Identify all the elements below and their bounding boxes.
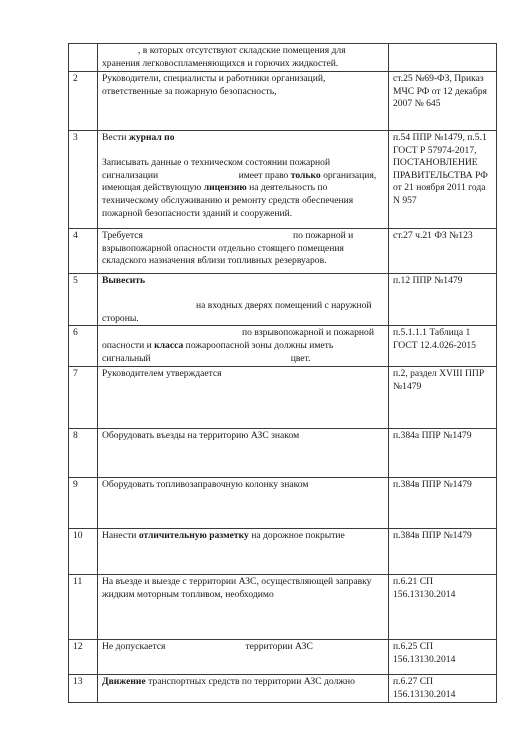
bold-text: только xyxy=(291,170,321,181)
legal-reference: п.6.27 СП 156.13130.2014 xyxy=(389,675,497,702)
bold-text: класса xyxy=(154,340,183,351)
text: имеет право xyxy=(239,170,291,181)
table-row: 7Руководителем утверждаетсяп.2, раздел X… xyxy=(69,367,497,429)
text: Оборудовать топливозаправочную колонку з… xyxy=(102,479,308,490)
row-number: 11 xyxy=(69,575,98,640)
legal-reference: п.384в ППР №1479 xyxy=(389,529,497,575)
row-number xyxy=(69,44,98,72)
legal-reference: п.384а ППР №1479 xyxy=(389,429,497,478)
legal-reference: ст.25 №69-ФЗ, Приказ МЧС РФ от 12 декабр… xyxy=(389,72,497,131)
text: территории АЗС xyxy=(245,641,312,652)
text: Нанести xyxy=(102,530,139,541)
table-row: 5Вывеситьна входных дверях помещений с н… xyxy=(69,274,497,326)
table-row: 9Оборудовать топливозаправочную колонку … xyxy=(69,478,497,529)
requirement-text: Не допускаетсятерритории АЗС xyxy=(98,640,389,675)
row-number: 7 xyxy=(69,367,98,429)
requirements-table: , в которых отсутствуют складские помеще… xyxy=(68,43,497,703)
requirement-text: Оборудовать въезды на территорию АЗС зна… xyxy=(98,429,389,478)
requirement-text: На въезде и выезде с территории АЗС, осу… xyxy=(98,575,389,640)
text: на дорожное покрытие xyxy=(249,530,345,541)
legal-reference: п.12 ППР №1479 xyxy=(389,274,497,326)
text: Руководители, специалисты и работники ор… xyxy=(102,73,325,97)
table-row: 4Требуетсяпо пожарной и взрывопожарной о… xyxy=(69,229,497,274)
text: На въезде и выезде с территории АЗС, осу… xyxy=(102,576,371,600)
row-number: 10 xyxy=(69,529,98,575)
text: Оборудовать въезды на территорию АЗС зна… xyxy=(102,430,299,441)
requirement-text: Оборудовать топливозаправочную колонку з… xyxy=(98,478,389,529)
table-row: 6по взрывопожарной и пожарной опасности … xyxy=(69,326,497,367)
requirement-text: Руководителем утверждается xyxy=(98,367,389,429)
row-number: 6 xyxy=(69,326,98,367)
legal-reference: п.2, раздел XVIII ППР №1479 xyxy=(389,367,497,429)
legal-reference: п.6.25 СП 156.13130.2014 xyxy=(389,640,497,675)
table-row: 11На въезде и выезде с территории АЗС, о… xyxy=(69,575,497,640)
text: , в которых отсутствуют складские помеще… xyxy=(102,45,346,69)
requirement-text: , в которых отсутствуют складские помеще… xyxy=(98,44,389,72)
requirement-text: Нанести отличительную разметку на дорожн… xyxy=(98,529,389,575)
text: Руководителем утверждается xyxy=(102,368,222,379)
table-row: 13Движение транспортных средств по терри… xyxy=(69,675,497,702)
bold-text: Движение xyxy=(102,676,146,687)
text: Требуется xyxy=(102,230,143,241)
row-number: 8 xyxy=(69,429,98,478)
row-number: 4 xyxy=(69,229,98,274)
requirements-table-body: , в которых отсутствуют складские помеще… xyxy=(69,44,497,703)
requirement-text: Руководители, специалисты и работники ор… xyxy=(98,72,389,131)
text: Не допускается xyxy=(102,641,165,652)
legal-reference: п.6.21 СП 156.13130.2014 xyxy=(389,575,497,640)
text: цвет. xyxy=(291,353,311,364)
row-number: 5 xyxy=(69,274,98,326)
legal-reference: п.54 ППР №1479, п.5.1 ГОСТ Р 57974-2017,… xyxy=(389,131,497,229)
table-row: 2Руководители, специалисты и работники о… xyxy=(69,72,497,131)
text: Вести xyxy=(102,132,129,143)
table-row: , в которых отсутствуют складские помеще… xyxy=(69,44,497,72)
row-number: 13 xyxy=(69,675,98,702)
text: транспортных средств по территории АЗС д… xyxy=(146,676,355,687)
table-row: 10Нанести отличительную разметку на доро… xyxy=(69,529,497,575)
table-row: 8Оборудовать въезды на территорию АЗС зн… xyxy=(69,429,497,478)
text: на входных дверях помещений с наружной с… xyxy=(102,300,372,324)
row-number: 2 xyxy=(69,72,98,131)
bold-text: Вывесить xyxy=(102,275,145,286)
row-number: 12 xyxy=(69,640,98,675)
legal-reference: п.384в ППР №1479 xyxy=(389,478,497,529)
bold-text: журнал по xyxy=(129,132,175,143)
requirement-text: Требуетсяпо пожарной и взрывопожарной оп… xyxy=(98,229,389,274)
bold-text: отличительную разметку xyxy=(139,530,249,541)
row-number: 3 xyxy=(69,131,98,229)
requirement-text: Движение транспортных средств по террито… xyxy=(98,675,389,702)
legal-reference xyxy=(389,44,497,72)
requirement-text: по взрывопожарной и пожарной опасности и… xyxy=(98,326,389,367)
table-row: 3Вести журнал поЗаписывать данные о техн… xyxy=(69,131,497,229)
legal-reference: ст.27 ч.21 ФЗ №123 xyxy=(389,229,497,274)
requirement-text: Вывеситьна входных дверях помещений с на… xyxy=(98,274,389,326)
requirement-text: Вести журнал поЗаписывать данные о техни… xyxy=(98,131,389,229)
table-row: 12Не допускаетсятерритории АЗСп.6.25 СП … xyxy=(69,640,497,675)
row-number: 9 xyxy=(69,478,98,529)
bold-text: лицензию xyxy=(204,182,247,193)
legal-reference: п.5.1.1.1 Таблица 1 ГОСТ 12.4.026-2015 xyxy=(389,326,497,367)
